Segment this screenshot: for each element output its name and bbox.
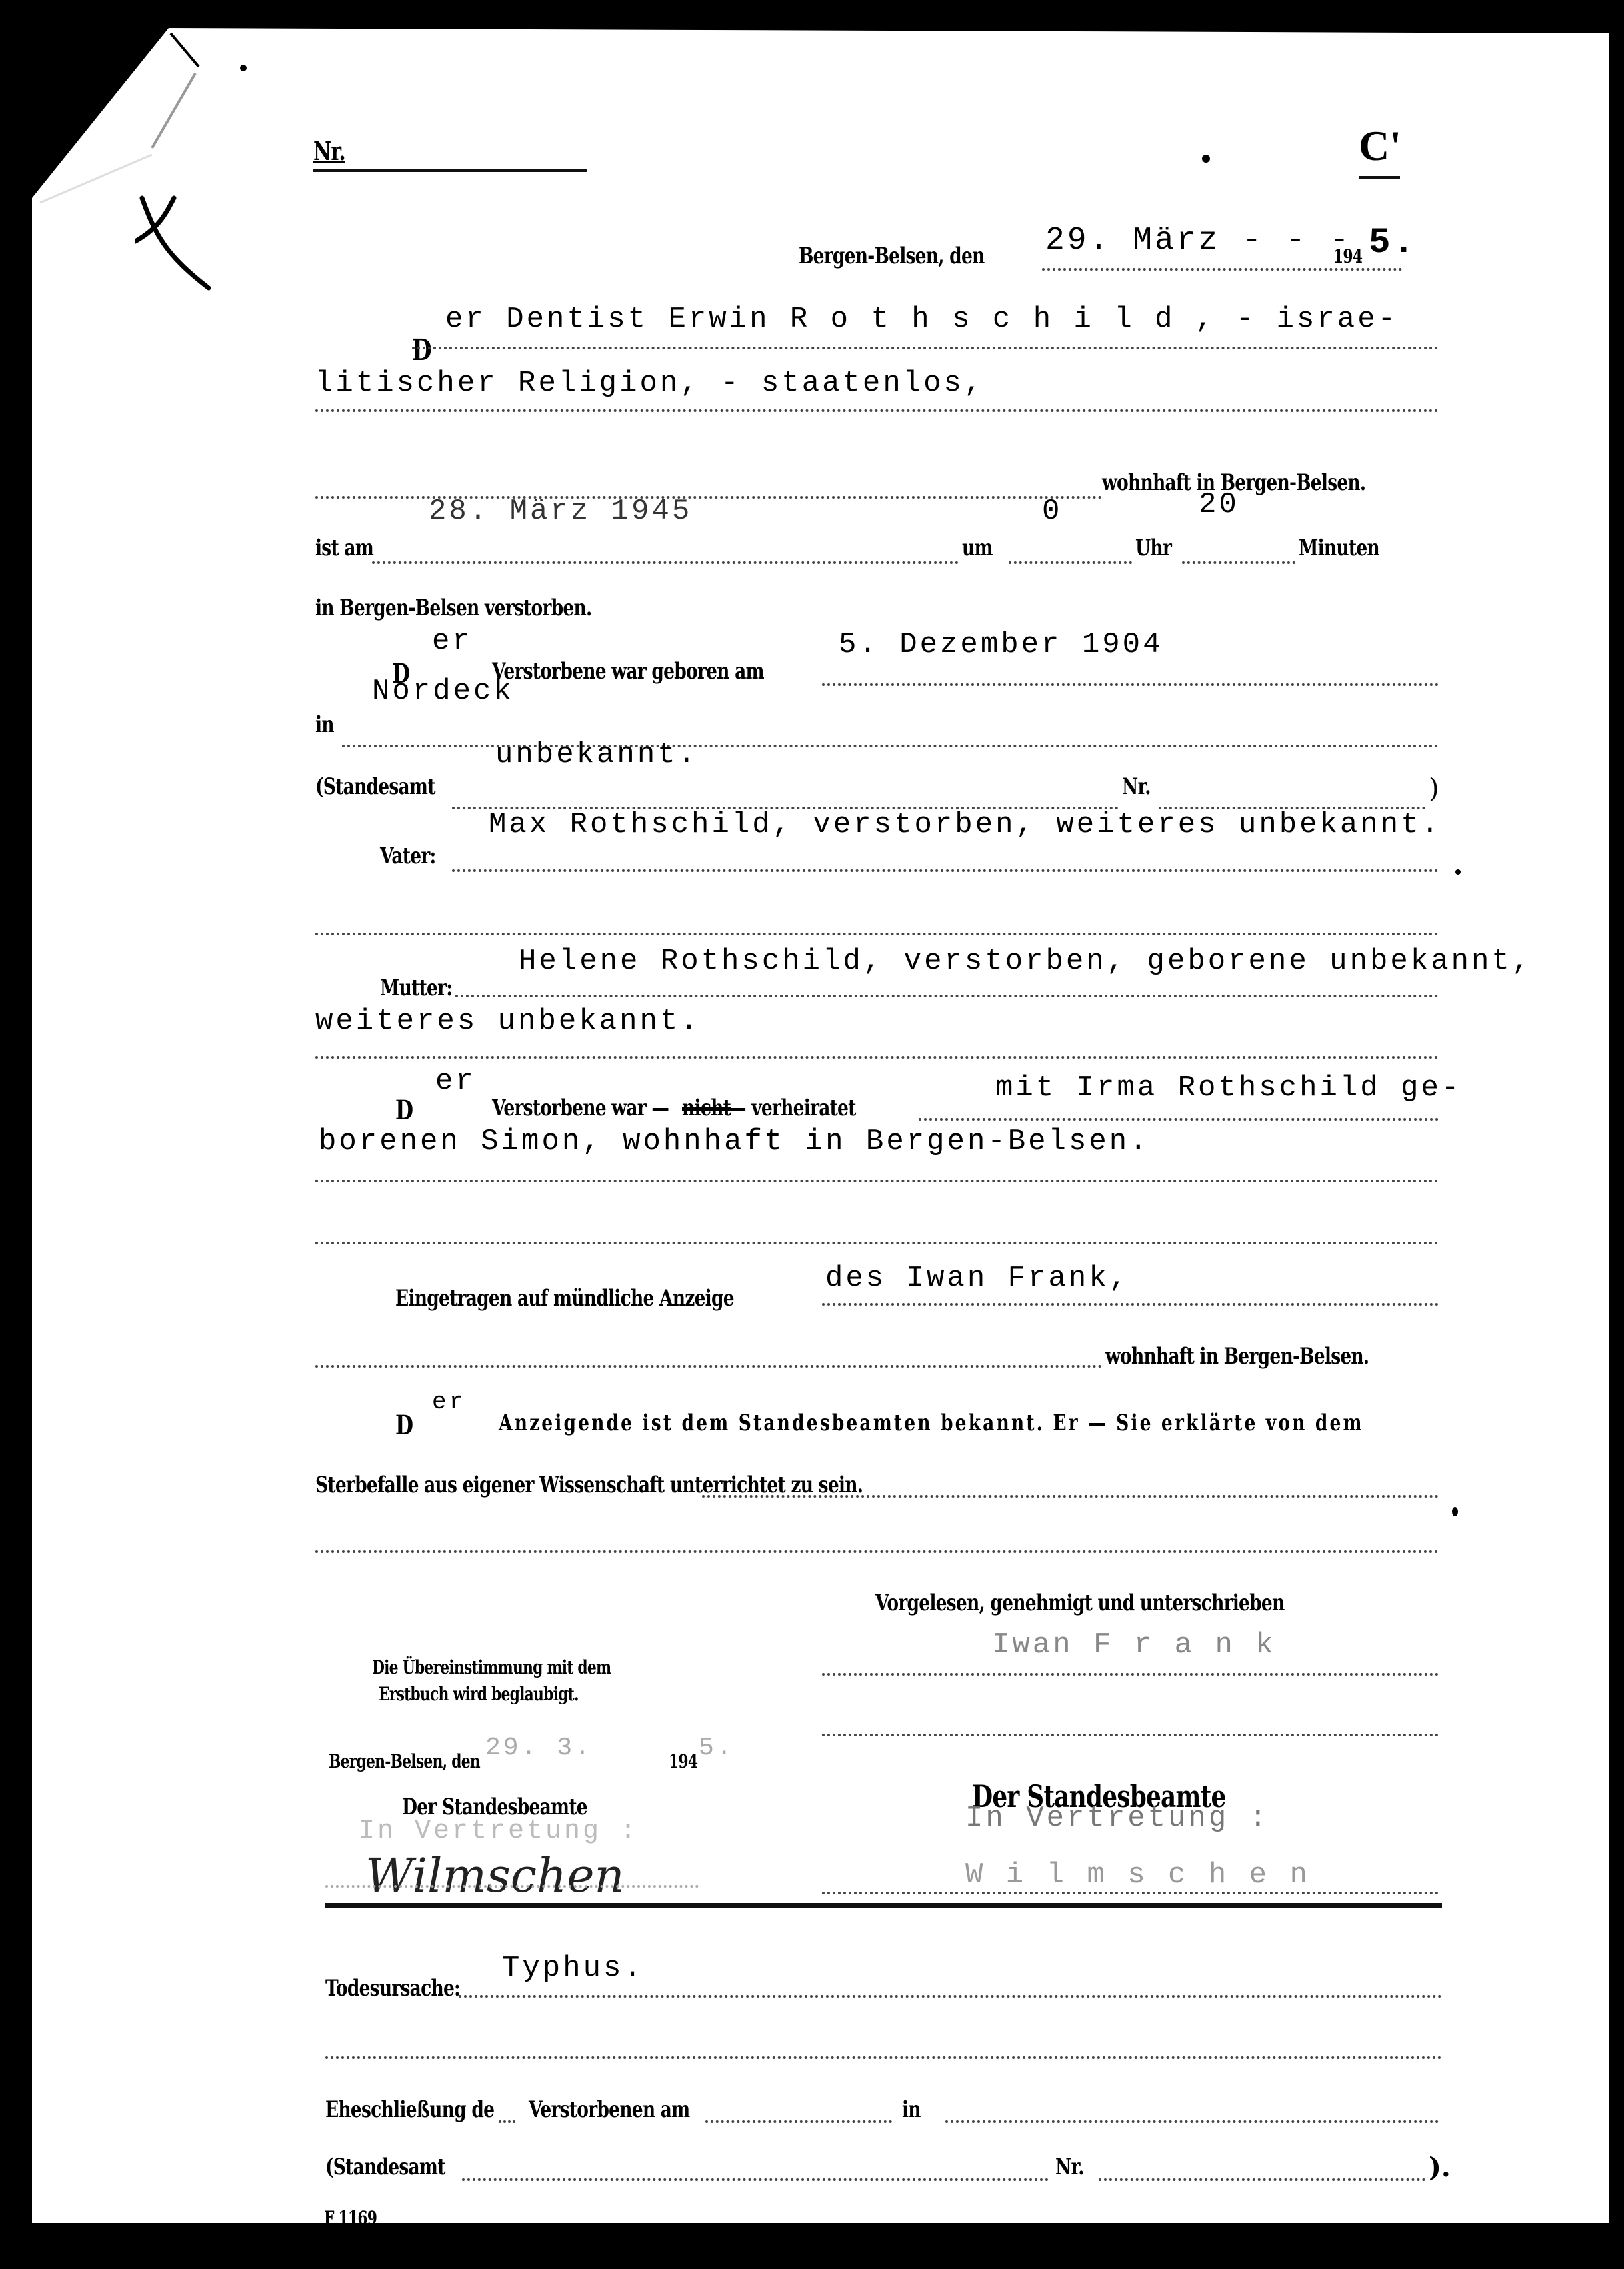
marriage-intro-D: D [395, 1095, 413, 1126]
read-approved-label: Vorgelesen, genehmigt und unterschrieben [875, 1590, 1285, 1616]
deceased-line2: litischer Religion, - staatenlos, [315, 367, 984, 400]
death-minutes: 20 [1199, 488, 1239, 521]
father-value: Max Rothschild, verstorben, weiteres unb… [489, 808, 1441, 841]
mother-rule [455, 995, 1439, 997]
deceased-line1-rule [412, 347, 1439, 349]
cause-label: Todesursache: [325, 1975, 460, 2002]
informant-residence-label: wohnhaft in Bergen-Belsen. [1105, 1343, 1369, 1370]
birth-nr-close: ) [1429, 773, 1439, 804]
known-intro-D: D [395, 1410, 413, 1441]
cert-place-label: Bergen-Belsen, den [329, 1750, 480, 1772]
birth-date: 5. Dezember 1904 [839, 628, 1163, 661]
marriage-rule [919, 1118, 1439, 1121]
section-divider [325, 1903, 1442, 1908]
marriage-label-a: Verstorbene war — [492, 1095, 669, 1121]
in-label: in [315, 711, 334, 738]
ink-speck [1202, 155, 1210, 163]
informant-label: Eingetragen auf mündliche Anzeige [395, 1285, 734, 1312]
deceased-intro-D: D [412, 333, 431, 367]
form-number: F 1169 [324, 2207, 377, 2229]
mother-label: Mutter: [380, 975, 452, 1001]
known-er: er [432, 1388, 466, 1416]
uhr-label: Uhr [1135, 535, 1171, 561]
right-deputy: In Vertretung : [965, 1802, 1269, 1835]
minuten-label: Minuten [1299, 535, 1379, 561]
marriage-record-label2: Verstorbenen am [529, 2096, 689, 2123]
marriage-er: er [435, 1065, 476, 1098]
certification-line1: Die Übereinstimmung mit dem [372, 1656, 611, 1678]
death-hour: 0 [1042, 495, 1062, 528]
informant-signature: Iwan F r a n k [992, 1628, 1276, 1662]
marriage-rule-2 [315, 1180, 1439, 1182]
date-line [1042, 268, 1402, 271]
cause-value: Typhus. [502, 1952, 644, 1985]
marriage-record-nr-rule [1099, 2178, 1425, 2181]
marriage-record-date-rule [705, 2120, 892, 2123]
cert-year-suffix: 5. [699, 1734, 735, 1762]
birth-place: Nordeck [372, 675, 514, 708]
marriage-record-de-rule [499, 2120, 515, 2123]
marriage-rule-3 [315, 1242, 1439, 1244]
certification-line2: Erstbuch wird beglaubigt. [379, 1683, 579, 1705]
cert-date: 29. 3. [485, 1734, 593, 1762]
informant-value: des Iwan Frank, [825, 1262, 1129, 1295]
cause-rule-2 [325, 2056, 1442, 2059]
death-date-rule [372, 561, 959, 564]
cert-year-prefix: 194 [669, 1750, 697, 1772]
ink-speck [1455, 869, 1461, 875]
birth-label: Verstorbene war geboren am [492, 658, 764, 685]
marriage-line2: borenen Simon, wohnhaft in Bergen-Belsen… [319, 1125, 1150, 1158]
hour-rule [1009, 561, 1132, 564]
birth-date-rule [822, 683, 1439, 686]
place-date-label: Bergen-Belsen, den [799, 243, 985, 269]
marriage-record-close: ). [1429, 2152, 1451, 2183]
marriage-record-in-label: in [902, 2096, 921, 2123]
deceased-line2-rule [315, 409, 1439, 412]
father-rule-2 [315, 933, 1439, 935]
marriage-record-place-rule [945, 2120, 1439, 2123]
died-label: ist am [315, 535, 373, 561]
form-code: C' [1359, 121, 1401, 171]
birth-registry-value: unbekannt. [495, 738, 698, 771]
register-number-label: Nr. [313, 136, 345, 166]
mother-value-line1: Helene Rothschild, verstorben, geborene … [519, 945, 1532, 978]
father-label: Vater: [380, 843, 436, 869]
marriage-label-b: — verheiratet [729, 1095, 856, 1121]
year-suffix: 5. [1369, 223, 1417, 263]
deceased-line1: er Dentist Erwin R o t h s c h i l d , -… [445, 303, 1398, 336]
known-rule [702, 1495, 1439, 1498]
informant-rule [822, 1303, 1439, 1306]
informant-signature-rule-2 [822, 1734, 1439, 1736]
left-deputy: In Vertretung : [359, 1816, 639, 1846]
x-margin-mark-icon [135, 195, 222, 301]
birth-er: er [432, 625, 473, 658]
birth-registry-label: (Standesamt [315, 773, 435, 800]
registration-date: 29. März - - - [1045, 223, 1351, 259]
informant-signature-rule [822, 1673, 1439, 1676]
mother-value-line2: weiteres unbekannt. [315, 1005, 701, 1038]
ink-speck [1452, 1507, 1458, 1516]
died-place: in Bergen-Belsen verstorben. [315, 595, 591, 621]
death-date: 28. März 1945 [429, 495, 692, 528]
marriage-line1: mit Irma Rothschild ge- [995, 1071, 1461, 1105]
marriage-record-nr-label: Nr. [1055, 2154, 1084, 2180]
marriage-record-label: Eheschließung de [325, 2096, 494, 2123]
right-official-name: W i l m s c h e n [965, 1858, 1310, 1892]
ink-speck [240, 65, 247, 71]
birth-nr-label: Nr. [1122, 773, 1151, 800]
marriage-record-registry-label: (Standesamt [325, 2154, 445, 2180]
known-rule-2 [315, 1550, 1439, 1553]
marriage-record-registry-rule [462, 2178, 1049, 2181]
right-signature-rule [822, 1892, 1439, 1894]
year-prefix: 194 [1333, 245, 1362, 267]
left-signature-rule [325, 1885, 699, 1888]
cause-rule [459, 1995, 1442, 1998]
um-label: um [962, 535, 993, 561]
mother-rule-2 [315, 1056, 1439, 1059]
register-number-line [313, 169, 587, 172]
known-text-2: Sterbefalle aus eigener Wissenschaft unt… [315, 1472, 863, 1498]
form-code-underline [1359, 176, 1400, 179]
informant-residence-rule [315, 1365, 1102, 1368]
marriage-struck-nicht: nicht [682, 1095, 731, 1121]
known-text: Anzeigende ist dem Standesbeamten bekann… [499, 1410, 1364, 1436]
father-rule [452, 869, 1439, 872]
left-signature: Wilmschen [365, 1848, 625, 1903]
document-page: Nr. C' Bergen-Belsen, den 29. März - - -… [32, 28, 1609, 2223]
minutes-rule [1182, 561, 1295, 564]
